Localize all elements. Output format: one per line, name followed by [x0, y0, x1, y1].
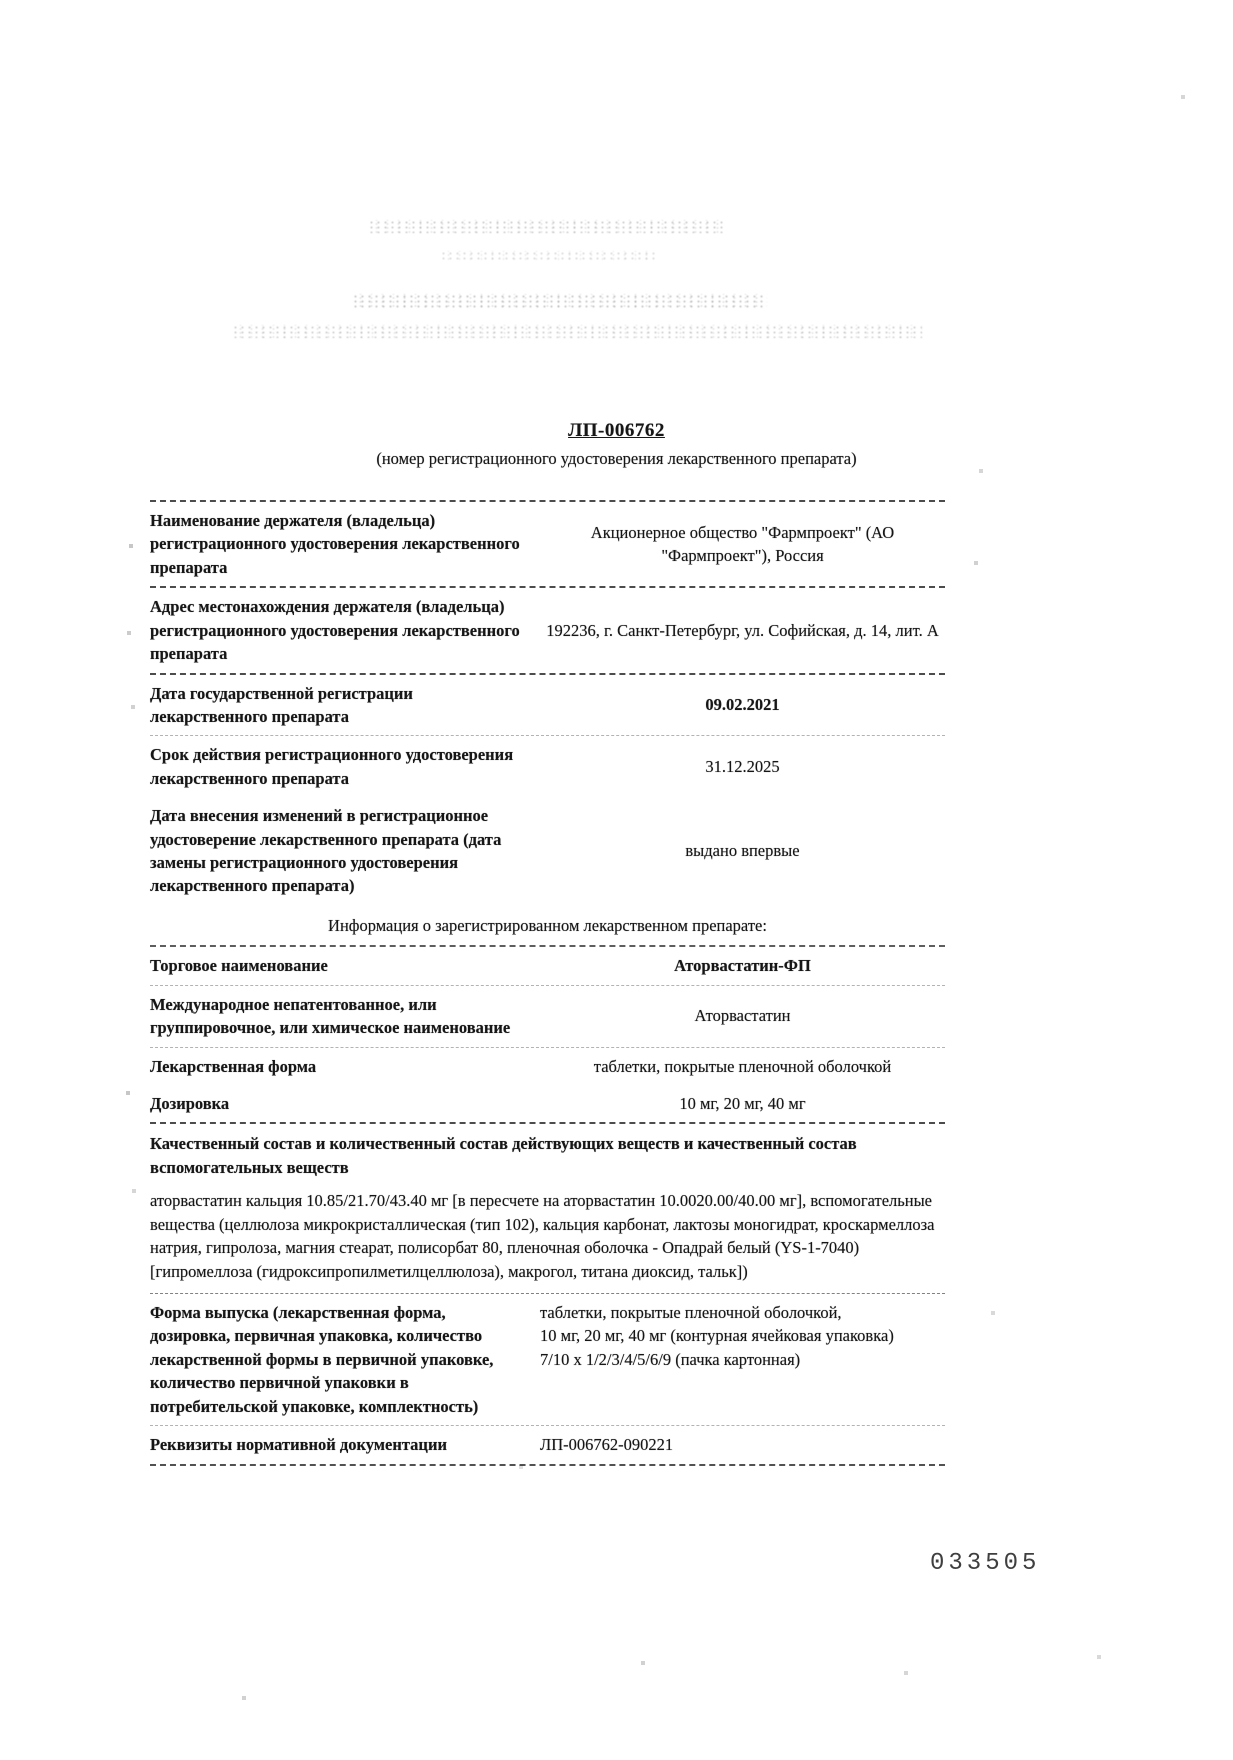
table-row-holder-address: Адрес местонахождения держателя (владель… — [150, 586, 945, 672]
table-row-normative-docs: Реквизиты нормативной документации ЛП-00… — [150, 1425, 945, 1465]
row-label: Торговое наименование — [150, 954, 540, 977]
registration-table: Наименование держателя (владельца) регис… — [150, 500, 945, 1466]
registered-product-info-caption: Информация о зарегистрированном лекарств… — [150, 905, 945, 947]
row-label: Реквизиты нормативной документации — [150, 1433, 540, 1456]
table-row-inn-name: Международное непатентованное, или групп… — [150, 985, 945, 1047]
table-row-dosage-form: Лекарственная форма таблетки, покрытые п… — [150, 1047, 945, 1085]
table-row-registration-date: Дата государственной регистрации лекарст… — [150, 673, 945, 736]
row-label: Срок действия регистрационного удостовер… — [150, 743, 540, 790]
row-value: 192236, г. Санкт-Петербург, ул. Софийска… — [540, 595, 945, 665]
table-row-amendment-date: Дата внесения изменений в регистрационно… — [150, 797, 945, 905]
scan-noise-specks — [0, 0, 2, 2]
row-value: таблетки, покрытые пленочной оболочкой — [540, 1055, 945, 1078]
row-label: Лекарственная форма — [150, 1055, 540, 1078]
faded-illegible-line — [368, 220, 723, 233]
composition-text: аторвастатин кальция 10.85/21.70/43.40 м… — [150, 1183, 945, 1293]
registration-number: ЛП-006762 — [0, 420, 1233, 442]
faded-illegible-line — [232, 325, 922, 338]
table-row-holder-name: Наименование держателя (владельца) регис… — [150, 500, 945, 586]
row-label: Форма выпуска (лекарственная форма, дози… — [150, 1301, 540, 1418]
row-value: 09.02.2021 — [540, 682, 945, 729]
table-row-validity-period: Срок действия регистрационного удостовер… — [150, 735, 945, 797]
stamp-number: 033505 — [930, 1550, 1040, 1577]
registration-header: ЛП-006762 (номер регистрационного удосто… — [0, 420, 1233, 469]
row-value: Акционерное общество "Фармпроект" (АО "Ф… — [540, 509, 945, 579]
faded-illegible-line — [352, 294, 767, 309]
row-value: выдано впервые — [540, 804, 945, 898]
row-label: Наименование держателя (владельца) регис… — [150, 509, 540, 579]
faded-illegible-line — [440, 251, 655, 262]
row-label: Дозировка — [150, 1092, 540, 1115]
registration-number-caption: (номер регистрационного удостоверения ле… — [0, 449, 1233, 469]
row-value: ЛП-006762-090221 — [540, 1433, 945, 1456]
row-label: Дата внесения изменений в регистрационно… — [150, 804, 540, 898]
table-row-release-form: Форма выпуска (лекарственная форма, дози… — [150, 1293, 945, 1425]
row-value: 31.12.2025 — [540, 743, 945, 790]
table-row-dosage: Дозировка 10 мг, 20 мг, 40 мг — [150, 1085, 945, 1122]
row-value: Аторвастатин-ФП — [540, 954, 945, 977]
composition-heading: Качественный состав и количественный сос… — [150, 1122, 945, 1183]
row-label: Адрес местонахождения держателя (владель… — [150, 595, 540, 665]
row-label: Дата государственной регистрации лекарст… — [150, 682, 540, 729]
document-page: ЛП-006762 (номер регистрационного удосто… — [0, 0, 1233, 1760]
table-row-trade-name: Торговое наименование Аторвастатин-ФП — [150, 947, 945, 984]
row-value: таблетки, покрытые пленочной оболочкой, … — [540, 1301, 945, 1418]
row-value: 10 мг, 20 мг, 40 мг — [540, 1092, 945, 1115]
row-value: Аторвастатин — [540, 993, 945, 1040]
row-label: Международное непатентованное, или групп… — [150, 993, 540, 1040]
